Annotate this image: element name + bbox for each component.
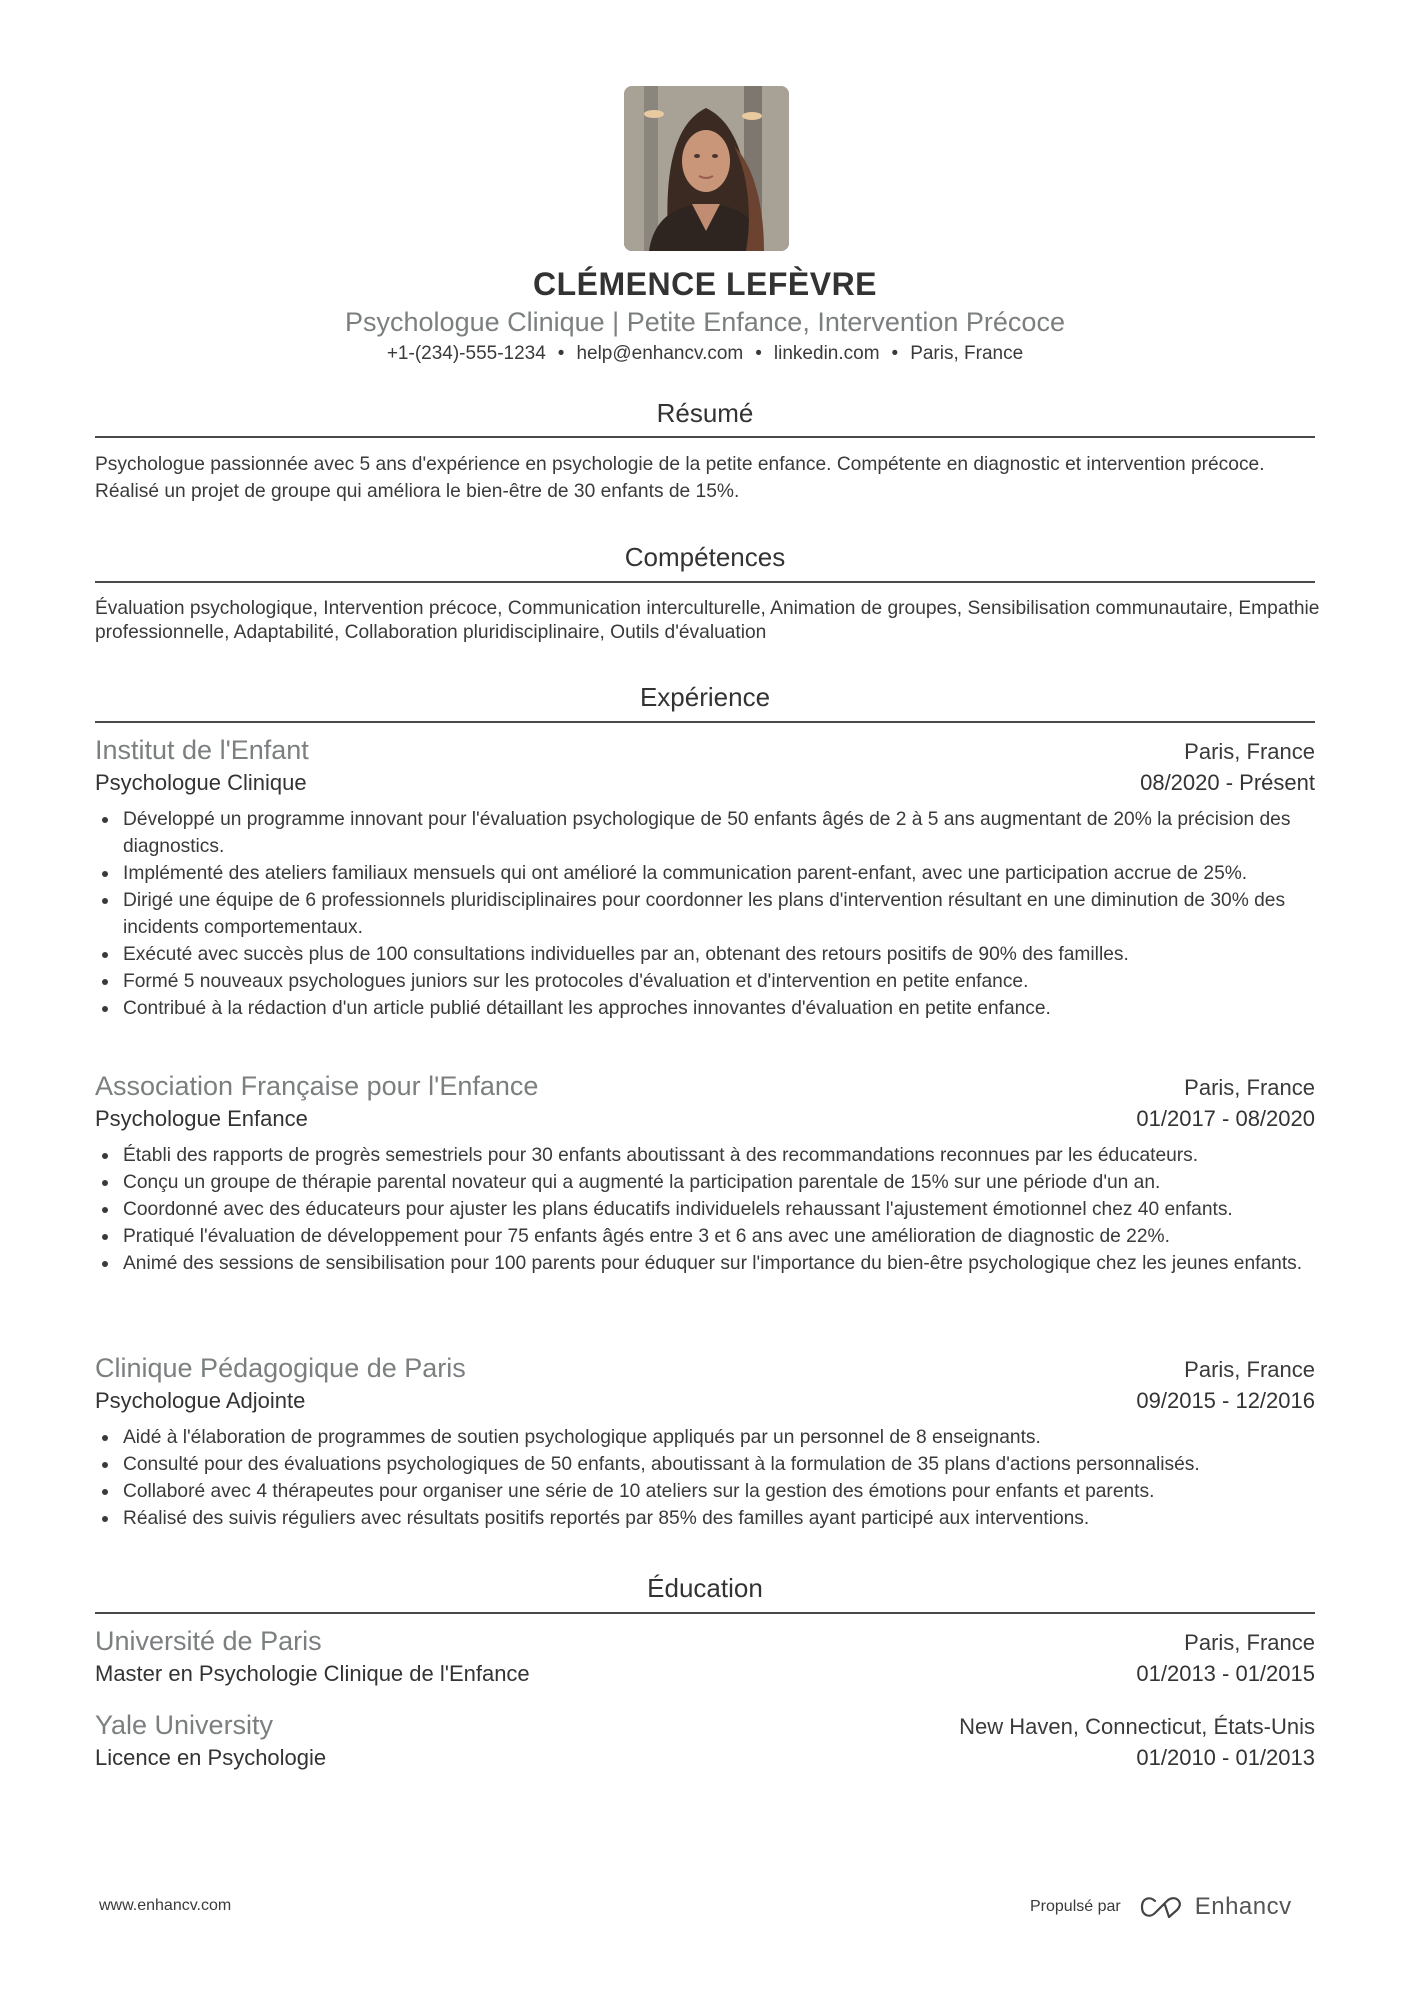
candidate-headline: Psychologue Clinique | Petite Enfance, I… (0, 307, 1410, 338)
footer-branding: Propulsé par Enhancv (1030, 1893, 1292, 1921)
job-bullet: Pratiqué l'évaluation de développement p… (95, 1223, 1320, 1250)
job-bullets: Établi des rapports de progrès semestrie… (95, 1142, 1320, 1277)
degree: Master en Psychologie Clinique de l'Enfa… (95, 1661, 530, 1687)
job-bullet: Aidé à l'élaboration de programmes de so… (95, 1424, 1320, 1451)
section-title-education: Éducation (95, 1573, 1315, 1604)
job-bullet: Consulté pour des évaluations psychologi… (95, 1451, 1320, 1478)
contact-separator: • (892, 343, 899, 364)
footer-website[interactable]: www.enhancv.com (99, 1897, 231, 1915)
powered-by-label: Propulsé par (1030, 1898, 1121, 1916)
skills-text: Évaluation psychologique, Intervention p… (95, 597, 1320, 645)
job-dates: 08/2020 - Présent (1140, 770, 1315, 796)
job-bullet: Réalisé des suivis réguliers avec résult… (95, 1505, 1320, 1532)
job-bullet: Implémenté des ateliers familiaux mensue… (95, 860, 1320, 887)
contact-phone[interactable]: +1-(234)-555-1234 (387, 343, 546, 364)
experience-header: Institut de l'Enfant Paris, France (95, 735, 1315, 766)
candidate-name: CLÉMENCE LEFÈVRE (0, 266, 1410, 303)
job-bullet: Coordonné avec des éducateurs pour ajust… (95, 1196, 1320, 1223)
job-bullet: Établi des rapports de progrès semestrie… (95, 1142, 1320, 1169)
section-divider (95, 581, 1315, 583)
company-name: Institut de l'Enfant (95, 735, 309, 766)
experience-subheader: Psychologue Clinique 08/2020 - Présent (95, 770, 1315, 796)
portrait-image (624, 86, 789, 251)
summary-text: Psychologue passionnée avec 5 ans d'expé… (95, 451, 1320, 505)
experience-header: Association Française pour l'Enfance Par… (95, 1071, 1315, 1102)
job-bullets: Développé un programme innovant pour l'é… (95, 806, 1320, 1022)
education-header: Yale University New Haven, Connecticut, … (95, 1710, 1315, 1741)
section-title-experience: Expérience (95, 682, 1315, 713)
job-location: Paris, France (1184, 1357, 1315, 1383)
brand-name: Enhancv (1195, 1893, 1292, 1921)
job-title: Psychologue Clinique (95, 770, 307, 796)
job-location: Paris, France (1184, 739, 1315, 765)
contact-location: Paris, France (910, 343, 1023, 364)
job-dates: 01/2017 - 08/2020 (1136, 1106, 1315, 1132)
job-bullet: Contribué à la rédaction d'un article pu… (95, 995, 1320, 1022)
contact-linkedin[interactable]: linkedin.com (774, 343, 880, 364)
company-name: Association Française pour l'Enfance (95, 1071, 538, 1102)
section-title-summary: Résumé (95, 398, 1315, 429)
school-location: Paris, France (1184, 1630, 1315, 1656)
job-dates: 09/2015 - 12/2016 (1136, 1388, 1315, 1414)
experience-header: Clinique Pédagogique de Paris Paris, Fra… (95, 1353, 1315, 1384)
education-subheader: Master en Psychologie Clinique de l'Enfa… (95, 1661, 1315, 1687)
education-dates: 01/2013 - 01/2015 (1136, 1661, 1315, 1687)
section-divider (95, 436, 1315, 438)
education-header: Université de Paris Paris, France (95, 1626, 1315, 1657)
profile-photo (624, 86, 789, 251)
job-title: Psychologue Enfance (95, 1106, 308, 1132)
enhancv-logo-icon (1139, 1895, 1185, 1919)
job-bullet: Dirigé une équipe de 6 professionnels pl… (95, 887, 1320, 941)
school-name: Yale University (95, 1710, 273, 1741)
contact-separator: • (755, 343, 762, 364)
job-location: Paris, France (1184, 1075, 1315, 1101)
contact-separator: • (558, 343, 565, 364)
job-bullets: Aidé à l'élaboration de programmes de so… (95, 1424, 1320, 1532)
brand-logo[interactable]: Enhancv (1139, 1893, 1292, 1921)
job-bullet: Développé un programme innovant pour l'é… (95, 806, 1320, 860)
section-divider (95, 721, 1315, 723)
job-title: Psychologue Adjointe (95, 1388, 305, 1414)
job-bullet: Exécuté avec succès plus de 100 consulta… (95, 941, 1320, 968)
experience-subheader: Psychologue Enfance 01/2017 - 08/2020 (95, 1106, 1315, 1132)
section-title-skills: Compétences (95, 542, 1315, 573)
job-bullet: Collaboré avec 4 thérapeutes pour organi… (95, 1478, 1320, 1505)
contact-email[interactable]: help@enhancv.com (576, 343, 743, 364)
education-dates: 01/2010 - 01/2013 (1136, 1745, 1315, 1771)
company-name: Clinique Pédagogique de Paris (95, 1353, 466, 1384)
school-location: New Haven, Connecticut, États-Unis (959, 1714, 1315, 1740)
degree: Licence en Psychologie (95, 1745, 326, 1771)
section-divider (95, 1612, 1315, 1614)
education-subheader: Licence en Psychologie 01/2010 - 01/2013 (95, 1745, 1315, 1771)
job-bullet: Conçu un groupe de thérapie parental nov… (95, 1169, 1320, 1196)
contact-line: +1-(234)-555-1234•help@enhancv.com•linke… (0, 343, 1410, 365)
experience-subheader: Psychologue Adjointe 09/2015 - 12/2016 (95, 1388, 1315, 1414)
school-name: Université de Paris (95, 1626, 322, 1657)
job-bullet: Formé 5 nouveaux psychologues juniors su… (95, 968, 1320, 995)
job-bullet: Animé des sessions de sensibilisation po… (95, 1250, 1320, 1277)
